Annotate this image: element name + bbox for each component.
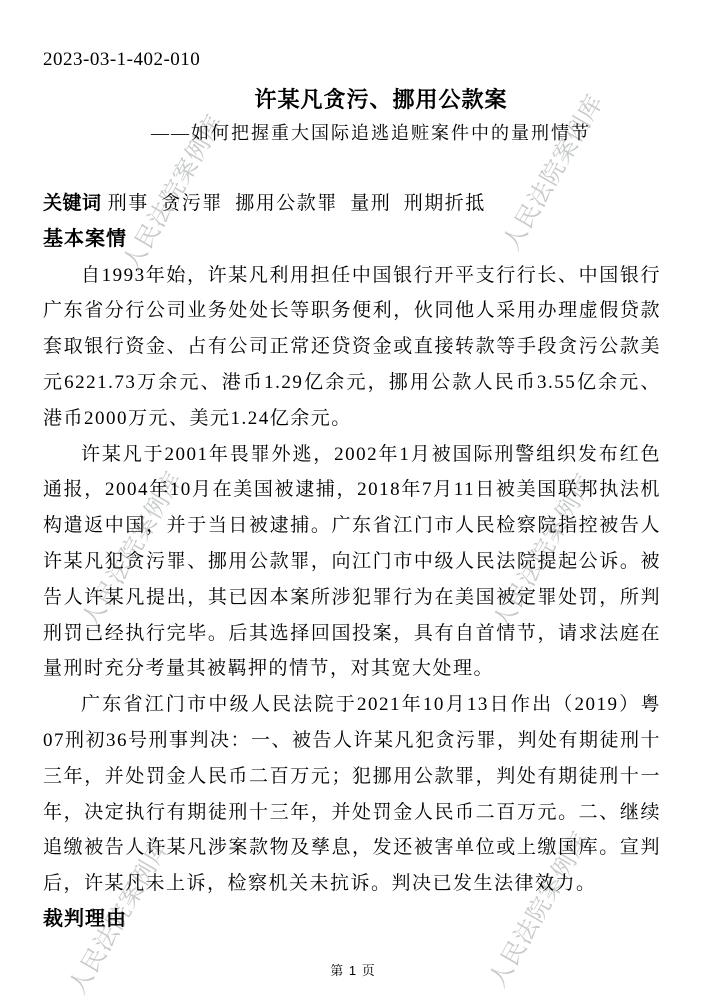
keywords-label: 关键词 xyxy=(43,193,102,214)
section-heading-basic-facts: 基本案情 xyxy=(43,222,661,258)
body-paragraph: 许某凡于2001年畏罪外逃，2002年1月被国际刑警组织发布红色通报，2004年… xyxy=(43,437,661,688)
body-paragraph: 广东省江门市中级人民法院于2021年10月13日作出（2019）粤07刑初36号… xyxy=(43,687,661,902)
body-paragraph: 自1993年始，许某凡利用担任中国银行开平支行行长、中国银行广东省分行公司业务处… xyxy=(43,258,661,437)
document-page: 人民法院案例库 人民法院案例库 人民法院案例库 人民法院案例库 人民法院案例库 … xyxy=(0,0,706,999)
keywords-list: 刑事 贪污罪 挪用公款罪 量刑 刑期折抵 xyxy=(102,193,486,214)
case-number: 2023-03-1-402-010 xyxy=(43,49,200,71)
keywords-line: 关键词 刑事 贪污罪 挪用公款罪 量刑 刑期折抵 xyxy=(43,186,661,222)
case-title: 许某凡贪污、挪用公款案 xyxy=(28,83,706,114)
page-number: 第 1 页 xyxy=(0,960,706,979)
section-heading-reasoning: 裁判理由 xyxy=(43,902,661,938)
document-body: 关键词 刑事 贪污罪 挪用公款罪 量刑 刑期折抵 基本案情 自1993年始，许某… xyxy=(43,186,661,938)
case-subtitle: ——如何把握重大国际追逃追赃案件中的量刑情节 xyxy=(18,119,706,145)
